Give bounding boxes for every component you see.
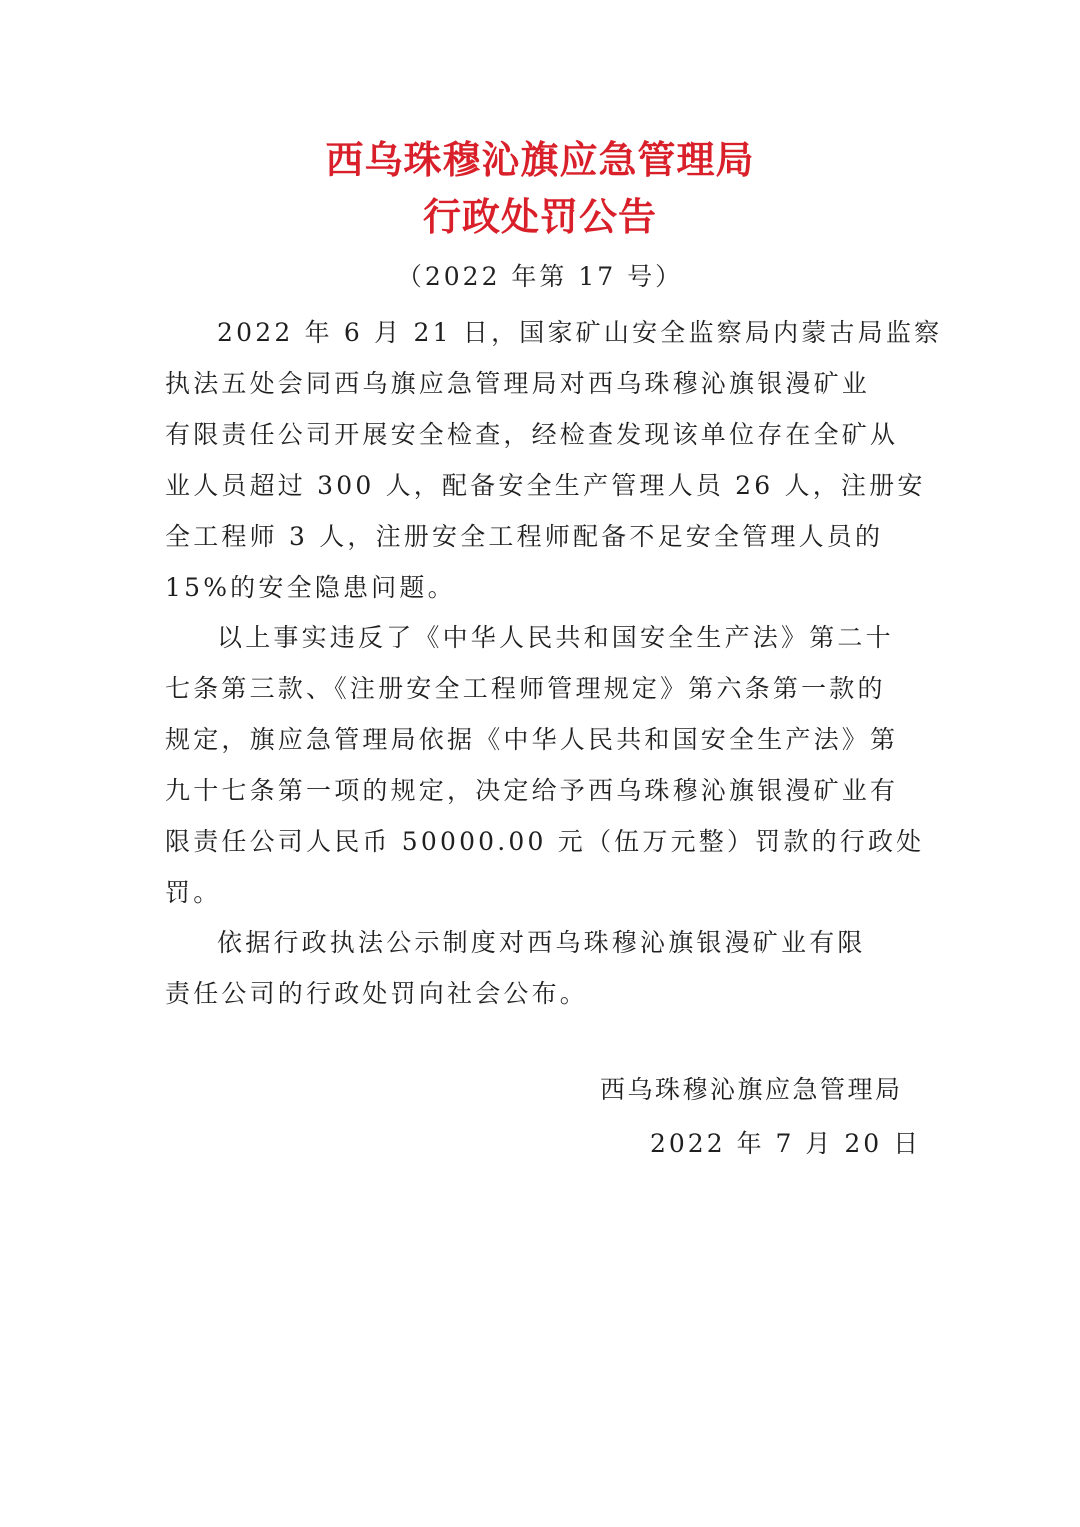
paragraph-line: 全工程师 3 人，注册安全工程师配备不足安全管理人员的 [165,511,917,562]
document-page: 西乌珠穆沁旗应急管理局 行政处罚公告 （2022 年第 17 号） 2022 年… [0,0,1080,1527]
paragraph-inspection-findings: 2022 年 6 月 21 日，国家矿山安全监察局内蒙古局监察 执法五处会同西乌… [165,307,917,613]
document-title-issuer: 西乌珠穆沁旗应急管理局 [0,141,1080,179]
paragraph-line: 九十七条第一项的规定，决定给予西乌珠穆沁旗银漫矿业有 [165,765,917,816]
paragraph-line: 规定，旗应急管理局依据《中华人民共和国安全生产法》第 [165,714,917,765]
paragraph-line: 业人员超过 300 人，配备安全生产管理人员 26 人，注册安 [165,460,917,511]
issuer-signature: 西乌珠穆沁旗应急管理局 [600,1070,903,1106]
paragraph-line: 罚。 [165,867,917,918]
paragraph-line: 2022 年 6 月 21 日，国家矿山安全监察局内蒙古局监察 [165,307,917,358]
paragraph-line: 责任公司的行政处罚向社会公布。 [165,968,917,1019]
document-title: 行政处罚公告 [0,198,1080,236]
paragraph-line: 有限责任公司开展安全检查，经检查发现该单位存在全矿从 [165,409,917,460]
paragraph-line: 以上事实违反了《中华人民共和国安全生产法》第二十 [165,612,917,663]
paragraph-line: 15%的安全隐患问题。 [165,562,917,613]
document-number: （2022 年第 17 号） [0,257,1080,293]
paragraph-line: 执法五处会同西乌旗应急管理局对西乌珠穆沁旗银漫矿业 [165,358,917,409]
paragraph-line: 依据行政执法公示制度对西乌珠穆沁旗银漫矿业有限 [165,917,917,968]
paragraph-line: 限责任公司人民币 50000.00 元（伍万元整）罚款的行政处 [165,816,917,867]
paragraph-publication-notice: 依据行政执法公示制度对西乌珠穆沁旗银漫矿业有限 责任公司的行政处罚向社会公布。 [165,917,917,1019]
issue-date: 2022 年 7 月 20 日 [650,1124,921,1160]
paragraph-penalty-decision: 以上事实违反了《中华人民共和国安全生产法》第二十 七条第三款、《注册安全工程师管… [165,612,917,918]
paragraph-line: 七条第三款、《注册安全工程师管理规定》第六条第一款的 [165,663,917,714]
